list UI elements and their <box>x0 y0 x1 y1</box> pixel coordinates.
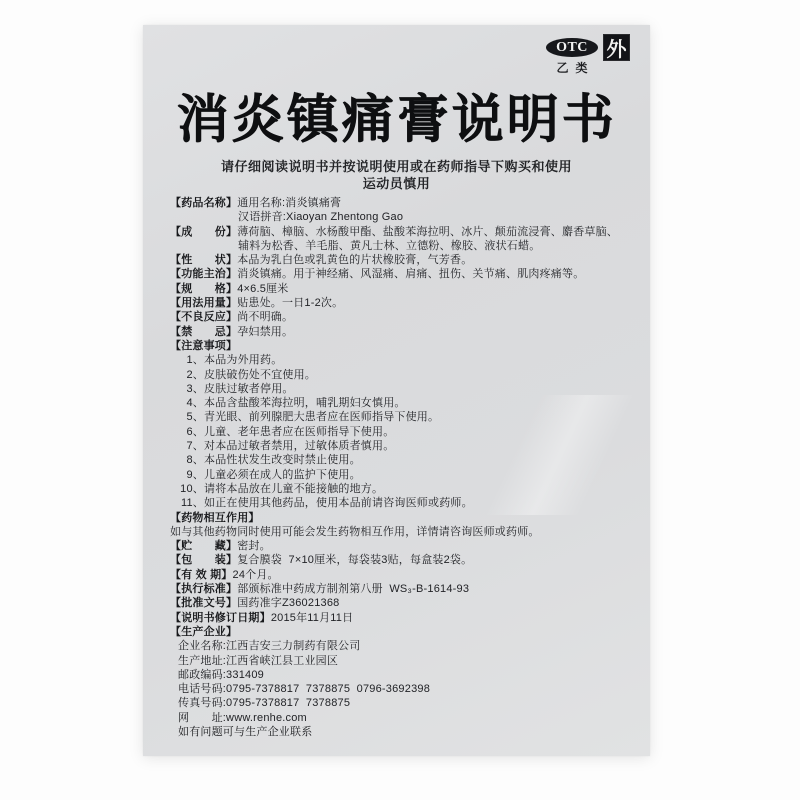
spec-line: 如与其他药物同时使用可能会发生药物相互作用，详情请咨询医师或药师。 <box>170 525 636 539</box>
field-value: 汉语拼音:Xiaoyan Zhentong Gao <box>238 211 403 223</box>
spec-line: 生产地址:江西省峡江县工业园区 <box>170 654 636 668</box>
leaflet-paper: OTC 乙类 外 消炎镇痛膏说明书 请仔细阅读说明书并按说明使用或在药师指导下购… <box>143 25 650 756</box>
field-value: 如有问题可与生产企业联系 <box>178 726 312 738</box>
spec-line: 6、儿童、老年患者应在医师指导下使用。 <box>170 425 636 439</box>
spec-line: 电话号码:0795-7378817 7378875 0796-3692398 <box>170 682 636 696</box>
external-use-mark: 外 <box>603 34 630 61</box>
spec-line: 【说明书修订日期】2015年11月11日 <box>170 611 636 625</box>
spec-line: 【规 格】4×6.5厘米 <box>170 282 636 296</box>
spec-line: 8、本品性状发生改变时禁止使用。 <box>170 453 636 467</box>
spec-lines: 【药品名称】通用名称:消炎镇痛膏汉语拼音:Xiaoyan Zhentong Ga… <box>170 196 636 739</box>
spec-line: 邮政编码:331409 <box>170 668 636 682</box>
spec-line: 3、皮肤过敏者停用。 <box>170 382 636 396</box>
item-number: 5、 <box>178 410 204 424</box>
page-title: 消炎镇痛膏说明书 <box>143 77 650 152</box>
field-label: 【药物相互作用】 <box>170 512 260 524</box>
field-value: 儿童必须在成人的监护下使用。 <box>204 469 361 481</box>
field-value: 国药准字Z36021368 <box>237 597 339 609</box>
item-number: 8、 <box>178 453 204 467</box>
field-label: 【禁 忌】 <box>170 326 237 338</box>
spec-line: 【药品名称】通用名称:消炎镇痛膏 <box>170 196 636 210</box>
field-label: 【不良反应】 <box>170 311 237 323</box>
field-value: 孕妇禁用。 <box>237 326 293 338</box>
field-value: 请将本品放在儿童不能接触的地方。 <box>204 483 383 495</box>
item-number: 3、 <box>178 382 204 396</box>
field-value: 皮肤过敏者停用。 <box>204 383 294 395</box>
field-value: 本品性状发生改变时禁止使用。 <box>204 454 361 466</box>
field-label: 【药品名称】 <box>170 197 237 209</box>
item-number: 2、 <box>178 368 204 382</box>
field-value: 密封。 <box>237 540 271 552</box>
spec-line: 【批准文号】国药准字Z36021368 <box>170 596 636 610</box>
field-label: 【性 状】 <box>170 254 237 266</box>
field-value: 儿童、老年患者应在医师指导下使用。 <box>204 426 394 438</box>
item-number: 4、 <box>178 396 204 410</box>
spec-line: 【执行标准】部颁标准中药成方制剂第八册 WS₃-B-1614-93 <box>170 582 636 596</box>
spec-line: 网 址:www.renhe.com <box>170 711 636 725</box>
field-value: 本品含盐酸苯海拉明，哺乳期妇女慎用。 <box>204 397 406 409</box>
field-value: 如与其他药物同时使用可能会发生药物相互作用，详情请咨询医师或药师。 <box>170 526 540 538</box>
field-label: 【规 格】 <box>170 283 237 295</box>
field-value: 24个月。 <box>233 569 279 581</box>
spec-line: 7、对本品过敏者禁用，过敏体质者慎用。 <box>170 439 636 453</box>
spec-line: 10、请将本品放在儿童不能接触的地方。 <box>170 482 636 496</box>
field-value: 尚不明确。 <box>237 311 293 323</box>
item-number: 9、 <box>178 468 204 482</box>
spec-line: 【性 状】本品为乳白色或乳黄色的片状橡胶膏，气芳香。 <box>170 253 636 267</box>
item-number: 11、 <box>178 496 204 510</box>
field-value: 企业名称:江西吉安三力制药有限公司 <box>178 640 360 652</box>
spec-line: 【生产企业】 <box>170 625 636 639</box>
otc-badge-column: OTC 乙类 <box>546 38 598 76</box>
spec-line: 【贮 藏】密封。 <box>170 539 636 553</box>
field-value: 邮政编码:331409 <box>178 669 264 681</box>
field-label: 【注意事项】 <box>170 340 237 352</box>
spec-line: 【禁 忌】孕妇禁用。 <box>170 325 636 339</box>
field-value: 辅料为松香、羊毛脂、黄凡士林、立德粉、橡胶、液状石蜡。 <box>238 240 540 252</box>
field-label: 【包 装】 <box>170 554 237 566</box>
spec-line: 【用法用量】贴患处。一日1-2次。 <box>170 296 636 310</box>
field-value: 复合膜袋 7×10厘米，每袋装3贴，每盒装2袋。 <box>237 554 472 566</box>
field-value: 薄荷脑、樟脑、水杨酸甲酯、盐酸苯海拉明、冰片、颠茄流浸膏、麝香草脑、 <box>237 226 618 238</box>
field-value: 消炎镇痛。用于神经痛、风湿痛、肩痛、扭伤、关节痛、肌肉疼痛等。 <box>237 268 584 280</box>
otc-logo: OTC <box>546 38 598 57</box>
spec-line: 4、本品含盐酸苯海拉明，哺乳期妇女慎用。 <box>170 396 636 410</box>
field-value: 通用名称:消炎镇痛膏 <box>237 197 341 209</box>
field-value: 部颁标准中药成方制剂第八册 WS₃-B-1614-93 <box>237 583 469 595</box>
spec-line: 11、如正在使用其他药品，使用本品前请咨询医师或药师。 <box>170 496 636 510</box>
spec-line: 如有问题可与生产企业联系 <box>170 725 636 739</box>
item-number: 7、 <box>178 439 204 453</box>
field-value: 对本品过敏者禁用，过敏体质者慎用。 <box>204 440 394 452</box>
spec-line: 汉语拼音:Xiaoyan Zhentong Gao <box>170 210 636 224</box>
spec-line: 5、青光眼、前列腺肥大患者应在医师指导下使用。 <box>170 410 636 424</box>
field-value: 2015年11月11日 <box>271 612 354 624</box>
field-label: 【贮 藏】 <box>170 540 237 552</box>
spec-line: 【药物相互作用】 <box>170 511 636 525</box>
item-number: 6、 <box>178 425 204 439</box>
field-value: 传真号码:0795-7378817 7378875 <box>178 697 350 709</box>
subtitle-athletes-caution: 运动员慎用 <box>143 173 650 192</box>
spec-line: 2、皮肤破伤处不宜使用。 <box>170 368 636 382</box>
field-value: 如正在使用其他药品，使用本品前请咨询医师或药师。 <box>204 497 473 509</box>
spec-line: 企业名称:江西吉安三力制药有限公司 <box>170 639 636 653</box>
field-label: 【执行标准】 <box>170 583 237 595</box>
item-number: 10、 <box>178 482 204 496</box>
field-value: 皮肤破伤处不宜使用。 <box>204 369 316 381</box>
field-label: 【生产企业】 <box>170 626 237 638</box>
spec-line: 【成 份】薄荷脑、樟脑、水杨酸甲酯、盐酸苯海拉明、冰片、颠茄流浸膏、麝香草脑、 <box>170 225 636 239</box>
spec-line: 【不良反应】尚不明确。 <box>170 310 636 324</box>
spec-line: 【注意事项】 <box>170 339 636 353</box>
otc-class-label: 乙类 <box>549 59 594 76</box>
field-value: 本品为外用药。 <box>204 354 282 366</box>
item-number: 1、 <box>178 353 204 367</box>
field-value: 青光眼、前列腺肥大患者应在医师指导下使用。 <box>204 411 439 423</box>
spec-line: 传真号码:0795-7378817 7378875 <box>170 696 636 710</box>
field-label: 【有 效 期】 <box>170 569 233 581</box>
field-value: 电话号码:0795-7378817 7378875 0796-3692398 <box>178 683 430 695</box>
field-value: 生产地址:江西省峡江县工业园区 <box>178 655 338 667</box>
field-value: 网 址:www.renhe.com <box>178 712 307 724</box>
field-label: 【功能主治】 <box>170 268 237 280</box>
spec-line: 1、本品为外用药。 <box>170 353 636 367</box>
spec-line: 【功能主治】消炎镇痛。用于神经痛、风湿痛、肩痛、扭伤、关节痛、肌肉疼痛等。 <box>170 267 636 281</box>
spec-line: 9、儿童必须在成人的监护下使用。 <box>170 468 636 482</box>
field-label: 【用法用量】 <box>170 297 237 309</box>
field-label: 【说明书修订日期】 <box>170 612 271 624</box>
spec-line: 辅料为松香、羊毛脂、黄凡士林、立德粉、橡胶、液状石蜡。 <box>170 239 636 253</box>
spec-line: 【有 效 期】24个月。 <box>170 568 636 582</box>
spec-line: 【包 装】复合膜袋 7×10厘米，每袋装3贴，每盒装2袋。 <box>170 553 636 567</box>
otc-badge-cluster: OTC 乙类 外 <box>546 34 630 76</box>
field-label: 【成 份】 <box>170 226 237 238</box>
field-label: 【批准文号】 <box>170 597 237 609</box>
field-value: 贴患处。一日1-2次。 <box>237 297 343 309</box>
field-value: 4×6.5厘米 <box>237 283 288 295</box>
field-value: 本品为乳白色或乳黄色的片状橡胶膏，气芳香。 <box>237 254 472 266</box>
